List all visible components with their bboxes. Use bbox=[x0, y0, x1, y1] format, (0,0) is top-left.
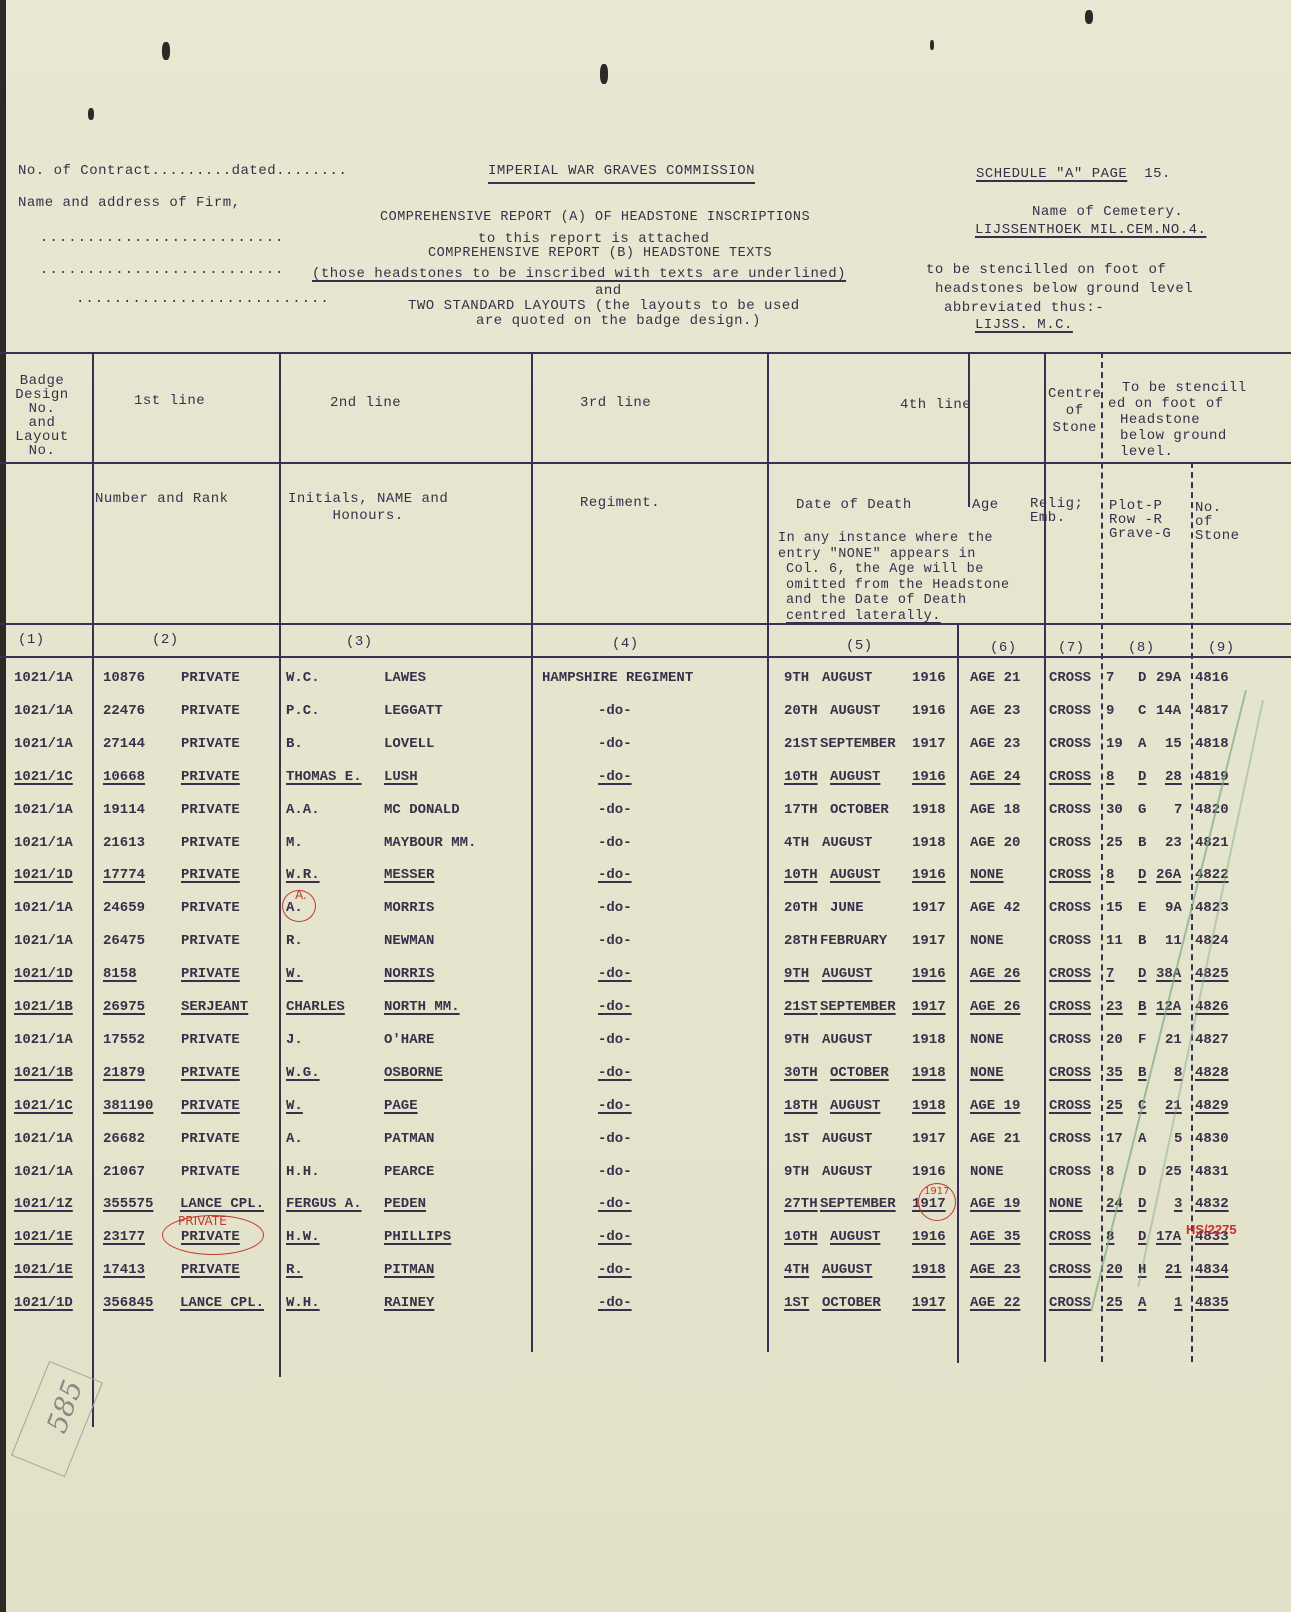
stencil-h-0: To be stencill bbox=[1122, 380, 1247, 396]
month-cell: AUGUST bbox=[822, 966, 872, 982]
day-cell: 17TH bbox=[784, 802, 818, 818]
plot-cell: 19 bbox=[1106, 736, 1123, 752]
stone-h-0: No. bbox=[1195, 501, 1240, 515]
regiment-cell: -do- bbox=[598, 1229, 632, 1245]
day-cell: 4TH bbox=[784, 835, 809, 851]
rank-cell: PRIVATE bbox=[181, 867, 240, 883]
relig-cell: CROSS bbox=[1049, 867, 1091, 883]
name-cell: LUSH bbox=[384, 769, 418, 785]
month-cell: AUGUST bbox=[822, 670, 872, 686]
relig-h-0: Relig; bbox=[1030, 497, 1083, 511]
regiment-cell: -do- bbox=[598, 1164, 632, 1180]
name-cell: MORRIS bbox=[384, 900, 434, 916]
name-cell: PAGE bbox=[384, 1098, 418, 1114]
plot-cell: 11 bbox=[1106, 933, 1123, 949]
header-3rd-line: 3rd line bbox=[580, 395, 651, 411]
row-cell: D bbox=[1138, 769, 1146, 785]
colnum-7: (7) bbox=[1058, 640, 1085, 656]
initials-cell: R. bbox=[286, 1262, 303, 1278]
row-cell: E bbox=[1138, 900, 1146, 916]
relig-cell: CROSS bbox=[1049, 1065, 1091, 1081]
pencil-box bbox=[11, 1361, 103, 1477]
schedule-text: SCHEDULE "A" PAGE bbox=[976, 166, 1127, 182]
relig-cell: CROSS bbox=[1049, 1229, 1091, 1245]
header-2nd-line: 2nd line bbox=[330, 395, 401, 411]
number-cell: 21879 bbox=[103, 1065, 145, 1081]
number-cell: 8158 bbox=[103, 966, 137, 982]
age-cell: AGE 23 bbox=[970, 1262, 1020, 1278]
subheader-no-of-stone: No. of Stone bbox=[1195, 501, 1240, 543]
age-cell: AGE 42 bbox=[970, 900, 1020, 916]
stencil-abbreviation: LIJSS. M.C. bbox=[975, 317, 1073, 333]
grave-cell: 5 bbox=[1174, 1131, 1182, 1147]
document-page: No. of Contract.........dated........ Na… bbox=[0, 0, 1291, 1612]
badge-h-5: No. bbox=[6, 444, 78, 458]
name-cell: PHILLIPS bbox=[384, 1229, 451, 1245]
plot-cell: 7 bbox=[1106, 966, 1114, 982]
day-cell: 9TH bbox=[784, 966, 809, 982]
number-cell: 356845 bbox=[103, 1295, 153, 1311]
badge-cell: 1021/1A bbox=[14, 802, 73, 818]
name-cell: LOVELL bbox=[384, 736, 434, 752]
contract-line: No. of Contract.........dated........ bbox=[18, 163, 347, 179]
number-cell: 22476 bbox=[103, 703, 145, 719]
row-cell: A bbox=[1138, 736, 1146, 752]
header-centre-of-stone: Centre of Stone bbox=[1048, 386, 1101, 437]
regiment-cell: -do- bbox=[598, 999, 632, 1015]
initials-cell: H.H. bbox=[286, 1164, 320, 1180]
colnum-4: (4) bbox=[612, 636, 639, 652]
plot-cell: 8 bbox=[1106, 867, 1114, 883]
row-cell: D bbox=[1138, 1196, 1146, 1212]
firm-dots-1: .......................... bbox=[40, 230, 284, 246]
regiment-cell: -do- bbox=[598, 1098, 632, 1114]
row-cell: D bbox=[1138, 670, 1146, 686]
badge-cell: 1021/1A bbox=[14, 736, 73, 752]
number-cell: 19114 bbox=[103, 802, 145, 818]
stencil-line-3: abbreviated thus:- bbox=[944, 300, 1104, 316]
rank-cell: PRIVATE bbox=[181, 933, 240, 949]
punch-mark bbox=[930, 40, 934, 50]
number-cell: 26975 bbox=[103, 999, 145, 1015]
number-cell: 381190 bbox=[103, 1098, 153, 1114]
initials-cell: W.R. bbox=[286, 867, 320, 883]
col-divider-2 bbox=[279, 352, 281, 1377]
grave-cell: 29A bbox=[1156, 670, 1181, 686]
badge-cell: 1021/1C bbox=[14, 1098, 73, 1114]
firm-label: Name and address of Firm, bbox=[18, 195, 241, 211]
month-cell: SEPTEMBER bbox=[820, 999, 896, 1015]
day-cell: 30TH bbox=[784, 1065, 818, 1081]
row-cell: G bbox=[1138, 802, 1146, 818]
stone-cell: 4829 bbox=[1195, 1098, 1229, 1114]
plot-cell: 9 bbox=[1106, 703, 1114, 719]
badge-cell: 1021/1A bbox=[14, 933, 73, 949]
plot-cell: 30 bbox=[1106, 802, 1123, 818]
day-cell: 27TH bbox=[784, 1196, 818, 1212]
note-line-4: and the Date of Death bbox=[786, 593, 1010, 609]
regiment-cell: -do- bbox=[598, 703, 632, 719]
initials-cell: W. bbox=[286, 966, 303, 982]
age-cell: AGE 19 bbox=[970, 1196, 1020, 1212]
layouts-line-2: are quoted on the badge design.) bbox=[476, 313, 761, 329]
month-cell: AUGUST bbox=[822, 1032, 872, 1048]
badge-cell: 1021/1A bbox=[14, 670, 73, 686]
plot-cell: 20 bbox=[1106, 1262, 1123, 1278]
plot-cell: 25 bbox=[1106, 1098, 1123, 1114]
row-cell: C bbox=[1138, 703, 1146, 719]
stone-cell: 4823 bbox=[1195, 900, 1229, 916]
and-label: and bbox=[595, 283, 622, 299]
regiment-cell: -do- bbox=[598, 1262, 632, 1278]
centre-h-1: of bbox=[1048, 403, 1101, 420]
badge-cell: 1021/1D bbox=[14, 966, 73, 982]
plot-cell: 25 bbox=[1106, 1295, 1123, 1311]
report-attached: to this report is attached bbox=[478, 231, 709, 247]
plot-h-0: Plot-P bbox=[1109, 499, 1171, 513]
day-cell: 1ST bbox=[784, 1131, 809, 1147]
badge-cell: 1021/1E bbox=[14, 1262, 73, 1278]
badge-h-1: Design bbox=[6, 388, 78, 402]
regiment-cell: -do- bbox=[598, 966, 632, 982]
regiment-cell: -do- bbox=[598, 802, 632, 818]
regiment-cell: -do- bbox=[598, 1032, 632, 1048]
day-cell: 20TH bbox=[784, 900, 818, 916]
plot-h-2: Grave-G bbox=[1109, 527, 1171, 541]
number-cell: 17413 bbox=[103, 1262, 145, 1278]
cemetery-label: Name of Cemetery. bbox=[1032, 204, 1183, 220]
name-cell: MC DONALD bbox=[384, 802, 460, 818]
layouts-line-1: TWO STANDARD LAYOUTS (the layouts to be … bbox=[408, 298, 800, 314]
age-cell: AGE 19 bbox=[970, 1098, 1020, 1114]
underlined-note: (those headstones to be inscribed with t… bbox=[312, 266, 846, 282]
grave-cell: 26A bbox=[1156, 867, 1181, 883]
day-cell: 28TH bbox=[784, 933, 818, 949]
red-annotation-a: A. bbox=[295, 888, 307, 902]
colnum-divider bbox=[0, 656, 1291, 658]
initials-cell: FERGUS A. bbox=[286, 1196, 362, 1212]
colnum-6: (6) bbox=[990, 640, 1017, 656]
grave-cell: 14A bbox=[1156, 703, 1181, 719]
name-cell: NORRIS bbox=[384, 966, 434, 982]
colnum-3: (3) bbox=[346, 634, 373, 650]
header-badge-design: Badge Design No. and Layout No. bbox=[6, 374, 78, 458]
page-number: 15. bbox=[1144, 166, 1171, 182]
stone-cell: 4831 bbox=[1195, 1164, 1229, 1180]
stone-cell: 4816 bbox=[1195, 670, 1229, 686]
year-cell: 1916 bbox=[912, 966, 946, 982]
initials-cell: M. bbox=[286, 835, 303, 851]
colnum-5: (5) bbox=[846, 638, 873, 654]
header-stencil: To be stencill ed on foot of Headstone b… bbox=[1108, 380, 1247, 460]
initials-h-0: Initials, NAME and bbox=[288, 491, 448, 508]
stone-cell: 4826 bbox=[1195, 999, 1229, 1015]
badge-cell: 1021/1A bbox=[14, 703, 73, 719]
centre-h-2: Stone bbox=[1048, 420, 1101, 437]
day-cell: 9TH bbox=[784, 1032, 809, 1048]
day-cell: 10TH bbox=[784, 1229, 818, 1245]
regiment-cell: -do- bbox=[598, 1065, 632, 1081]
name-cell: NEWMAN bbox=[384, 933, 434, 949]
relig-cell: CROSS bbox=[1049, 999, 1091, 1015]
relig-h-1: Emb. bbox=[1030, 511, 1083, 525]
name-cell: PEARCE bbox=[384, 1164, 434, 1180]
colnum-2: (2) bbox=[152, 632, 179, 648]
month-cell: SEPTEMBER bbox=[820, 736, 896, 752]
name-cell: PATMAN bbox=[384, 1131, 434, 1147]
grave-cell: 25 bbox=[1165, 1164, 1182, 1180]
age-cell: NONE bbox=[970, 1032, 1004, 1048]
age-cell: AGE 18 bbox=[970, 802, 1020, 818]
day-cell: 1ST bbox=[784, 1295, 809, 1311]
rank-cell: PRIVATE bbox=[181, 670, 240, 686]
badge-cell: 1021/1A bbox=[14, 1131, 73, 1147]
note-line-1: entry "NONE" appears in bbox=[778, 547, 1010, 563]
subheader-date-of-death: Date of Death bbox=[796, 497, 912, 513]
report-b-title: COMPREHENSIVE REPORT (B) HEADSTONE TEXTS bbox=[428, 246, 772, 261]
rank-cell: PRIVATE bbox=[181, 966, 240, 982]
age-cell: AGE 20 bbox=[970, 835, 1020, 851]
month-cell: AUGUST bbox=[822, 1164, 872, 1180]
firm-dots-3: ........................... bbox=[76, 291, 330, 307]
regiment-cell: -do- bbox=[598, 1196, 632, 1212]
badge-cell: 1021/1A bbox=[14, 1032, 73, 1048]
year-cell: 1918 bbox=[912, 1098, 946, 1114]
grave-cell: 23 bbox=[1165, 835, 1182, 851]
note-line-2: Col. 6, the Age will be bbox=[786, 562, 1010, 578]
day-cell: 21ST bbox=[784, 736, 818, 752]
regiment-cell: -do- bbox=[598, 1131, 632, 1147]
name-cell: MAYBOUR MM. bbox=[384, 835, 476, 851]
col-divider-3 bbox=[531, 352, 533, 1352]
grave-cell: 11 bbox=[1165, 933, 1182, 949]
stone-cell: 4828 bbox=[1195, 1065, 1229, 1081]
name-cell: RAINEY bbox=[384, 1295, 434, 1311]
stone-cell: 4820 bbox=[1195, 802, 1229, 818]
stone-cell: 4821 bbox=[1195, 835, 1229, 851]
plot-cell: 17 bbox=[1106, 1131, 1123, 1147]
stone-h-1: of bbox=[1195, 515, 1240, 529]
badge-h-0: Badge bbox=[6, 374, 78, 388]
note-line-3: omitted from the Headstone bbox=[786, 578, 1010, 594]
year-cell: 1916 bbox=[912, 703, 946, 719]
badge-cell: 1021/1Z bbox=[14, 1196, 73, 1212]
number-cell: 21067 bbox=[103, 1164, 145, 1180]
number-cell: 355575 bbox=[103, 1196, 153, 1212]
name-cell: NORTH MM. bbox=[384, 999, 460, 1015]
rank-cell: PRIVATE bbox=[181, 802, 240, 818]
year-cell: 1916 bbox=[912, 670, 946, 686]
row-cell: A bbox=[1138, 1131, 1146, 1147]
punch-mark bbox=[88, 108, 94, 120]
badge-cell: 1021/1A bbox=[14, 900, 73, 916]
initials-cell: A.A. bbox=[286, 802, 320, 818]
number-cell: 26475 bbox=[103, 933, 145, 949]
stencil-h-3: below ground bbox=[1120, 428, 1247, 444]
month-cell: AUGUST bbox=[830, 769, 880, 785]
age-cell: AGE 35 bbox=[970, 1229, 1020, 1245]
initials-cell: W.G. bbox=[286, 1065, 320, 1081]
month-cell: AUGUST bbox=[830, 1098, 880, 1114]
month-cell: OCTOBER bbox=[822, 1295, 881, 1311]
stone-cell: 4827 bbox=[1195, 1032, 1229, 1048]
relig-cell: CROSS bbox=[1049, 1262, 1091, 1278]
plot-cell: 23 bbox=[1106, 999, 1123, 1015]
table-top-border bbox=[0, 352, 1291, 354]
header-divider bbox=[0, 462, 1291, 464]
rank-cell: PRIVATE bbox=[181, 703, 240, 719]
punch-mark bbox=[162, 42, 170, 60]
month-cell: FEBRUARY bbox=[820, 933, 887, 949]
none-note: In any instance where the entry "NONE" a… bbox=[778, 531, 1010, 624]
plot-cell: 8 bbox=[1106, 769, 1114, 785]
year-cell: 1918 bbox=[912, 1032, 946, 1048]
regiment-cell: -do- bbox=[598, 835, 632, 851]
name-cell: LEGGATT bbox=[384, 703, 443, 719]
colnum-8: (8) bbox=[1128, 640, 1155, 656]
day-cell: 21ST bbox=[784, 999, 818, 1015]
age-cell: AGE 21 bbox=[970, 1131, 1020, 1147]
rank-cell: PRIVATE bbox=[181, 1098, 240, 1114]
rank-cell: PRIVATE bbox=[181, 736, 240, 752]
year-cell: 1916 bbox=[912, 1164, 946, 1180]
relig-cell: CROSS bbox=[1049, 1295, 1091, 1311]
row-cell: B bbox=[1138, 933, 1146, 949]
initials-cell: P.C. bbox=[286, 703, 320, 719]
relig-cell: CROSS bbox=[1049, 670, 1091, 686]
colnum-9: (9) bbox=[1208, 640, 1235, 656]
red-annotation-private: PRIVATE bbox=[178, 1214, 227, 1228]
month-cell: AUGUST bbox=[830, 703, 880, 719]
initials-h-1: Honours. bbox=[288, 508, 448, 525]
number-cell: 10876 bbox=[103, 670, 145, 686]
age-cell: AGE 26 bbox=[970, 999, 1020, 1015]
year-cell: 1918 bbox=[912, 802, 946, 818]
year-cell: 1917 bbox=[912, 1295, 946, 1311]
row-cell: B bbox=[1138, 999, 1146, 1015]
relig-cell: CROSS bbox=[1049, 1032, 1091, 1048]
age-cell: NONE bbox=[970, 933, 1004, 949]
badge-cell: 1021/1A bbox=[14, 835, 73, 851]
subheader-relig: Relig; Emb. bbox=[1030, 497, 1083, 525]
red-annotation-1917: 1917 bbox=[924, 1186, 949, 1197]
year-cell: 1917 bbox=[912, 900, 946, 916]
initials-cell: CHARLES bbox=[286, 999, 345, 1015]
col-divider-5 bbox=[968, 352, 970, 507]
number-cell: 26682 bbox=[103, 1131, 145, 1147]
grave-cell: 28 bbox=[1165, 769, 1182, 785]
subheader-regiment: Regiment. bbox=[580, 495, 660, 511]
note-line-5: centred laterally. bbox=[786, 609, 1010, 625]
cemetery-name: LIJSSENTHOEK MIL.CEM.NO.4. bbox=[975, 222, 1206, 238]
badge-h-4: Layout bbox=[6, 430, 78, 444]
centre-h-0: Centre bbox=[1048, 386, 1101, 403]
number-cell: 27144 bbox=[103, 736, 145, 752]
month-cell: AUGUST bbox=[830, 1229, 880, 1245]
badge-h-3: and bbox=[6, 416, 78, 430]
day-cell: 18TH bbox=[784, 1098, 818, 1114]
grave-cell: 21 bbox=[1165, 1032, 1182, 1048]
firm-dots-2: .......................... bbox=[40, 262, 284, 278]
day-cell: 20TH bbox=[784, 703, 818, 719]
report-a-title: COMPREHENSIVE REPORT (A) OF HEADSTONE IN… bbox=[380, 210, 810, 225]
grave-cell: 21 bbox=[1165, 1262, 1182, 1278]
number-cell: 23177 bbox=[103, 1229, 145, 1245]
row-cell: D bbox=[1138, 966, 1146, 982]
badge-cell: 1021/1E bbox=[14, 1229, 73, 1245]
schedule-label: SCHEDULE "A" PAGE 15. bbox=[976, 166, 1171, 182]
relig-cell: CROSS bbox=[1049, 802, 1091, 818]
note-line-0: In any instance where the bbox=[778, 531, 1010, 547]
month-cell: SEPTEMBER bbox=[820, 1196, 896, 1212]
initials-cell: THOMAS E. bbox=[286, 769, 362, 785]
relig-cell: NONE bbox=[1049, 1196, 1083, 1212]
month-cell: AUGUST bbox=[822, 1131, 872, 1147]
year-cell: 1917 bbox=[912, 933, 946, 949]
subheader-number-rank: Number and Rank bbox=[95, 491, 229, 507]
stone-h-2: Stone bbox=[1195, 529, 1240, 543]
row-cell: D bbox=[1138, 1229, 1146, 1245]
initials-cell: B. bbox=[286, 736, 303, 752]
age-cell: AGE 23 bbox=[970, 703, 1020, 719]
relig-cell: CROSS bbox=[1049, 769, 1091, 785]
day-cell: 9TH bbox=[784, 1164, 809, 1180]
day-cell: 4TH bbox=[784, 1262, 809, 1278]
regiment-cell: -do- bbox=[598, 769, 632, 785]
month-cell: OCTOBER bbox=[830, 1065, 889, 1081]
month-cell: AUGUST bbox=[822, 1262, 872, 1278]
plot-cell: 7 bbox=[1106, 670, 1114, 686]
col-divider-5b bbox=[957, 623, 959, 1363]
plot-cell: 8 bbox=[1106, 1164, 1114, 1180]
grave-cell: 9A bbox=[1165, 900, 1182, 916]
regiment-cell: -do- bbox=[598, 933, 632, 949]
grave-cell: 1 bbox=[1174, 1295, 1182, 1311]
stone-cell: 4818 bbox=[1195, 736, 1229, 752]
relig-cell: CROSS bbox=[1049, 1164, 1091, 1180]
initials-cell: W. bbox=[286, 1098, 303, 1114]
subheader-initials: Initials, NAME and Honours. bbox=[288, 491, 448, 525]
month-cell: OCTOBER bbox=[830, 802, 889, 818]
rank-cell: PRIVATE bbox=[181, 835, 240, 851]
badge-cell: 1021/1B bbox=[14, 999, 73, 1015]
relig-cell: CROSS bbox=[1049, 736, 1091, 752]
relig-cell: CROSS bbox=[1049, 1098, 1091, 1114]
subheader-plot: Plot-P Row -R Grave-G bbox=[1109, 499, 1171, 541]
initials-cell: J. bbox=[286, 1032, 303, 1048]
number-cell: 21613 bbox=[103, 835, 145, 851]
stone-cell: 4825 bbox=[1195, 966, 1229, 982]
rank-cell: LANCE CPL. bbox=[180, 1295, 264, 1311]
stencil-line-2: headstones below ground level bbox=[935, 281, 1193, 297]
year-cell: 1917 bbox=[912, 999, 946, 1015]
name-cell: O'HARE bbox=[384, 1032, 434, 1048]
relig-cell: CROSS bbox=[1049, 933, 1091, 949]
day-cell: 10TH bbox=[784, 769, 818, 785]
rank-cell: SERJEANT bbox=[181, 999, 248, 1015]
age-cell: AGE 26 bbox=[970, 966, 1020, 982]
col-divider-4 bbox=[767, 352, 769, 1352]
stencil-line-1: to be stencilled on foot of bbox=[926, 262, 1166, 278]
number-cell: 24659 bbox=[103, 900, 145, 916]
relig-cell: CROSS bbox=[1049, 703, 1091, 719]
plot-h-1: Row -R bbox=[1109, 513, 1171, 527]
plot-cell: 20 bbox=[1106, 1032, 1123, 1048]
stone-cell: 4817 bbox=[1195, 703, 1229, 719]
plot-cell: 35 bbox=[1106, 1065, 1123, 1081]
age-cell: AGE 22 bbox=[970, 1295, 1020, 1311]
age-cell: AGE 24 bbox=[970, 769, 1020, 785]
